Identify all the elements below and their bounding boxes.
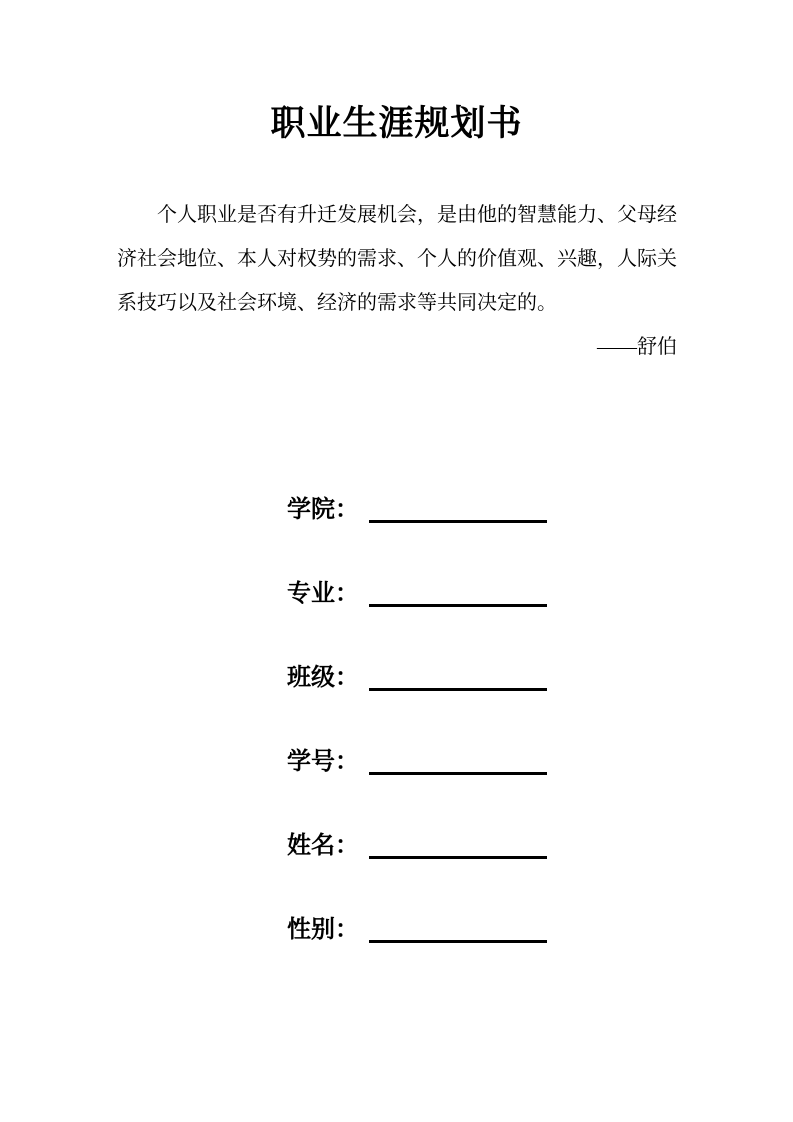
quote-text: 个人职业是否有升迁发展机会，是由他的智慧能力、父母经济社会地位、本人对权势的需求…: [117, 193, 677, 325]
field-input-line-gender[interactable]: [369, 918, 547, 943]
field-row-college: 学院：: [287, 495, 793, 579]
field-row-gender: 性别：: [287, 915, 793, 999]
field-row-major: 专业：: [287, 579, 793, 663]
info-form: 学院： 专业： 班级： 学号： 姓名： 性别：: [287, 495, 793, 999]
quote-block: 个人职业是否有升迁发展机会，是由他的智慧能力、父母经济社会地位、本人对权势的需求…: [117, 193, 677, 369]
field-input-line-class[interactable]: [369, 666, 547, 691]
field-label-student-id: 学号：: [287, 749, 359, 775]
quote-attribution: ——舒伯: [117, 325, 677, 369]
field-label-major: 专业：: [287, 581, 359, 607]
field-label-name: 姓名：: [287, 833, 359, 859]
field-row-class: 班级：: [287, 663, 793, 747]
field-input-line-name[interactable]: [369, 834, 547, 859]
field-input-line-college[interactable]: [369, 498, 547, 523]
field-label-college: 学院：: [287, 497, 359, 523]
field-row-name: 姓名：: [287, 831, 793, 915]
field-label-class: 班级：: [287, 665, 359, 691]
field-row-student-id: 学号：: [287, 747, 793, 831]
document-title: 职业生涯规划书: [0, 0, 793, 148]
document-page: 职业生涯规划书 个人职业是否有升迁发展机会，是由他的智慧能力、父母经济社会地位、…: [0, 0, 793, 1122]
field-label-gender: 性别：: [287, 917, 359, 943]
field-input-line-student-id[interactable]: [369, 750, 547, 775]
field-input-line-major[interactable]: [369, 582, 547, 607]
